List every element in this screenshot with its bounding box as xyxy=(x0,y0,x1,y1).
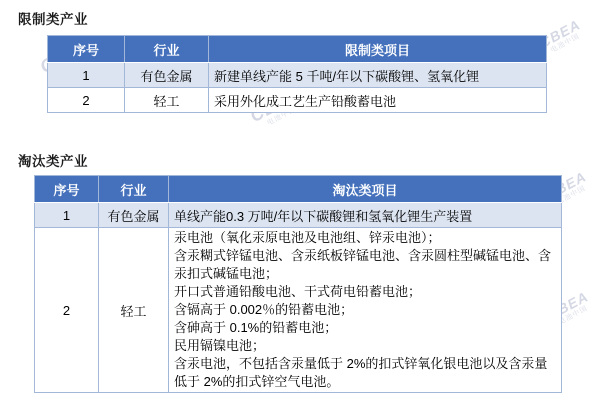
table-header-row: 序号 行业 淘汰类项目 xyxy=(35,176,562,203)
item-line: 开口式普通铅酸电池、干式荷电铅蓄电池； xyxy=(174,283,557,301)
row-number-cell: 2 xyxy=(48,88,125,113)
row-number-cell: 2 xyxy=(35,228,99,393)
item-line: 民用镉镍电池； xyxy=(174,337,557,355)
header-no: 序号 xyxy=(48,36,125,63)
industry-cell: 轻工 xyxy=(99,228,169,393)
item-cell: 汞电池（氧化汞原电池及电池组、锌汞电池）； 含汞糊式锌锰电池、含汞纸板锌锰电池、… xyxy=(169,228,562,393)
industry-cell: 有色金属 xyxy=(125,63,209,88)
row-number-cell: 1 xyxy=(35,203,99,228)
table-header-row: 序号 行业 限制类项目 xyxy=(48,36,547,63)
eliminated-industries-table: 序号 行业 淘汰类项目 1 有色金属 单线产能0.3 万吨/年以下碳酸锂和氢氧化… xyxy=(34,175,562,393)
restricted-industries-table: 序号 行业 限制类项目 1 有色金属 新建单线产能 5 千吨/年以下碳酸锂、氢氧… xyxy=(47,35,547,113)
table-row: 2 轻工 汞电池（氧化汞原电池及电池组、锌汞电池）； 含汞糊式锌锰电池、含汞纸板… xyxy=(35,228,562,393)
row-number-cell: 1 xyxy=(48,63,125,88)
item-cell: 单线产能0.3 万吨/年以下碳酸锂和氢氧化锂生产装置 xyxy=(169,203,562,228)
table-row: 1 有色金属 新建单线产能 5 千吨/年以下碳酸锂、氢氧化锂 xyxy=(48,63,547,88)
item-line: 汞电池（氧化汞原电池及电池组、锌汞电池）； xyxy=(174,229,557,247)
document-canvas: CBEA电池中国 CBEA电池中国 CBEA电池中国 CBEA电池中国 CBEA… xyxy=(0,0,593,413)
header-no: 序号 xyxy=(35,176,99,203)
item-line: 含砷高于 0.1%的铅蓄电池； xyxy=(174,319,557,337)
watermark-subtext: 电池中国 xyxy=(544,30,586,57)
restricted-industries-title: 限制类产业 xyxy=(18,8,88,28)
item-line: 含汞糊式锌锰电池、含汞纸板锌锰电池、含汞圆柱型碱锰电池、含汞扣式碱锰电池； xyxy=(174,247,557,283)
item-line: 含镉高于 0.002％的铅蓄电池； xyxy=(174,301,557,319)
industry-cell: 轻工 xyxy=(125,88,209,113)
item-cell: 新建单线产能 5 千吨/年以下碳酸锂、氢氧化锂 xyxy=(209,63,547,88)
item-line: 含汞电池，不包括含汞量低于 2%的扣式锌氧化银电池以及含汞量低于 2%的扣式锌空… xyxy=(174,355,557,391)
eliminated-industries-title: 淘汰类产业 xyxy=(18,150,88,170)
table-row: 1 有色金属 单线产能0.3 万吨/年以下碳酸锂和氢氧化锂生产装置 xyxy=(35,203,562,228)
header-eliminated-items: 淘汰类项目 xyxy=(169,176,562,203)
header-industry: 行业 xyxy=(125,36,209,63)
header-restricted-items: 限制类项目 xyxy=(209,36,547,63)
table-row: 2 轻工 采用外化成工艺生产铅酸蓄电池 xyxy=(48,88,547,113)
item-cell: 采用外化成工艺生产铅酸蓄电池 xyxy=(209,88,547,113)
industry-cell: 有色金属 xyxy=(99,203,169,228)
header-industry: 行业 xyxy=(99,176,169,203)
